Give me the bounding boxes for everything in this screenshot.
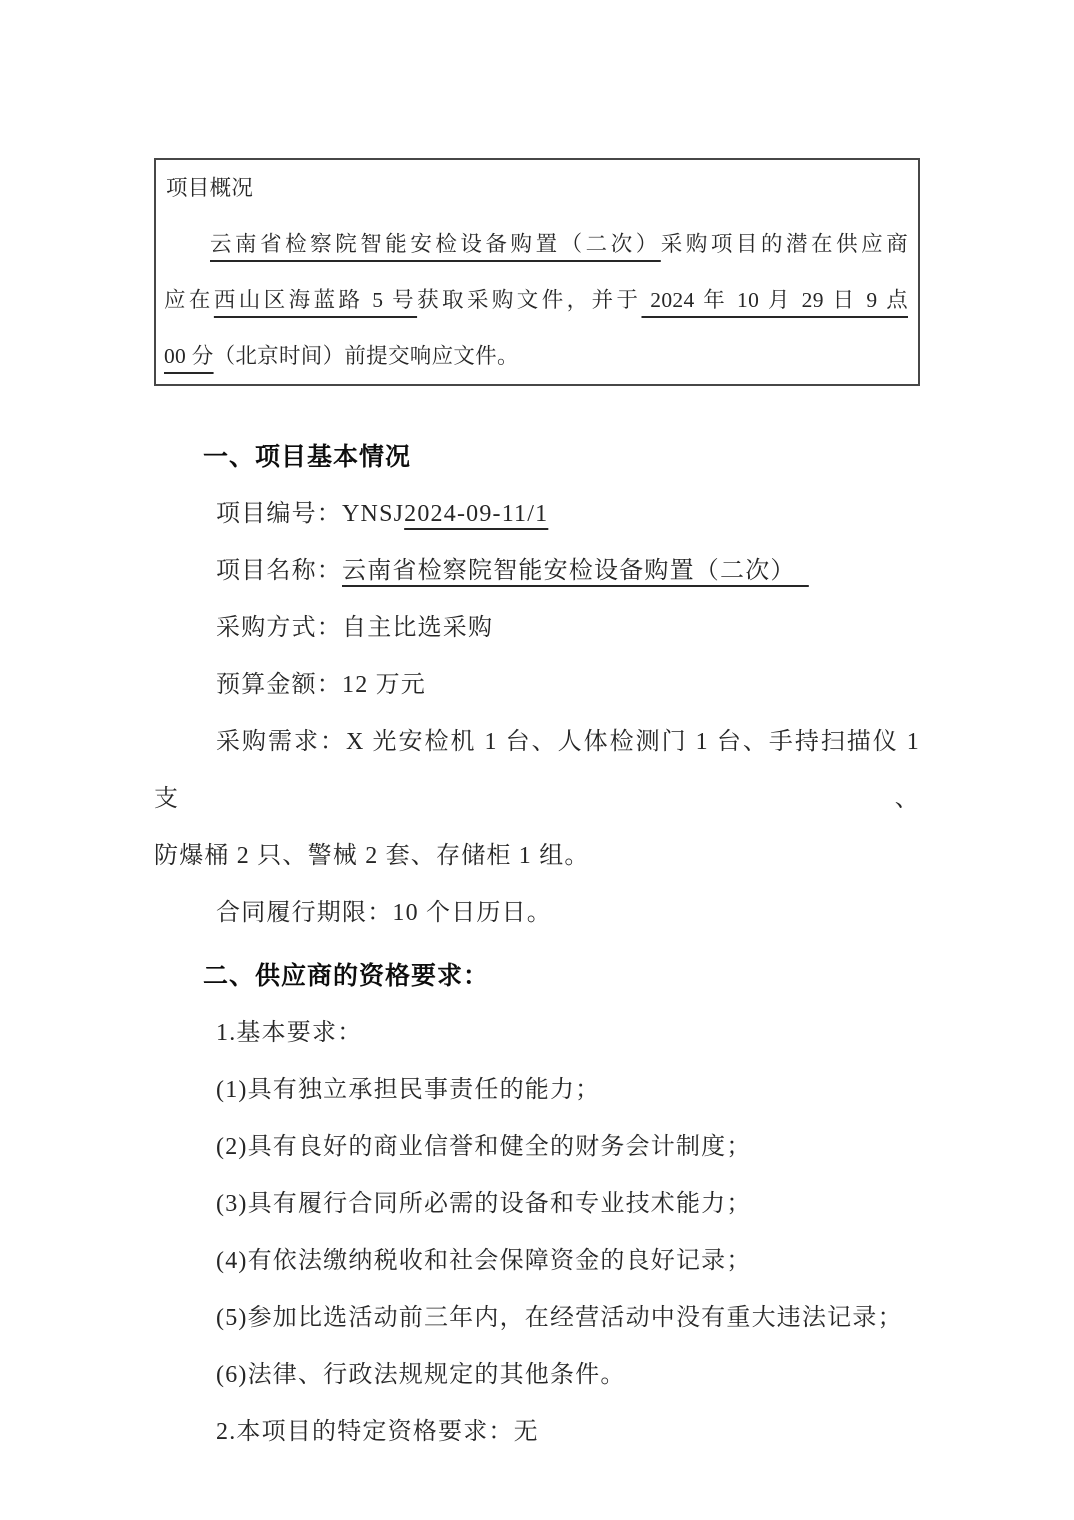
field-procurement-method: 采购方式：自主比选采购 [154,600,920,657]
section-basic-heading: 一、项目基本情况 [154,429,920,486]
overview-paragraph-line: 00 分（北京时间）前提交响应文件。 [164,328,908,384]
text-run: 合同履行期限：10 个日历日。 [216,900,552,926]
qualification-item: (1)具有独立承担民事责任的能力； [154,1062,920,1119]
underlined-text-run: 2024 年 10 月 29 日 9 点 [641,288,908,312]
section-qualification-heading: 二、供应商的资格要求： [154,948,920,1005]
field-line: 项目编号：YNSJ2024-09-11/1 [154,486,920,543]
underlined-text-run: 西山区海蓝路 5 号 [214,288,417,312]
qualification-item: (3)具有履行合同所必需的设备和专业技术能力； [154,1176,920,1233]
qualification-item: (5)参加比选活动前三年内，在经营活动中没有重大违法记录； [154,1290,920,1347]
project-overview-box: 项目概况 云南省检察院智能安检设备购置（二次）采购项目的潜在供应商应在西山区海蓝… [154,158,920,386]
procurement-announcement-page: 项目概况 云南省检察院智能安检设备购置（二次）采购项目的潜在供应商应在西山区海蓝… [0,0,1074,1520]
document-content: 项目概况 云南省检察院智能安检设备购置（二次）采购项目的潜在供应商应在西山区海蓝… [154,158,920,1461]
qualification-item: 2.本项目的特定资格要求：无 [154,1404,920,1461]
text-run: 项目名称： [216,558,342,584]
text-run: （北京时间）前提交响应文件。 [214,344,519,368]
text-run: 采购需求：X 光安检机 1 台、人体检测门 1 台、手持扫描仪 1 支、 [154,729,920,812]
text-run: 预算金额：12 万元 [216,672,426,698]
field-contract-period: 合同履行期限：10 个日历日。 [154,885,920,942]
field-line: 防爆桶 2 只、警械 2 套、存储柜 1 组。 [154,828,920,885]
qualification-item: (6)法律、行政法规规定的其他条件。 [154,1347,920,1404]
text-run: 项目编号：YNSJ [216,501,404,527]
qualification-item: 1.基本要求： [154,1005,920,1062]
field-line: 合同履行期限：10 个日历日。 [154,885,920,942]
field-project-number: 项目编号：YNSJ2024-09-11/1 [154,486,920,543]
qualification-item: (2)具有良好的商业信誉和健全的财务会计制度； [154,1119,920,1176]
field-line: 采购方式：自主比选采购 [154,600,920,657]
overview-box-title: 项目概况 [164,160,908,216]
text-run: 应在 [164,288,214,312]
section-basic-fields: 项目编号：YNSJ2024-09-11/1项目名称：云南省检察院智能安检设备购置… [154,486,920,942]
field-procurement-requirements: 采购需求：X 光安检机 1 台、人体检测门 1 台、手持扫描仪 1 支、防爆桶 … [154,714,920,885]
overview-paragraph: 云南省检察院智能安检设备购置（二次）采购项目的潜在供应商应在西山区海蓝路 5 号… [164,216,908,384]
text-run: 防爆桶 2 只、警械 2 套、存储柜 1 组。 [154,843,590,869]
section-qualification-items: 1.基本要求：(1)具有独立承担民事责任的能力；(2)具有良好的商业信誉和健全的… [154,1005,920,1461]
underlined-text-run: 云南省检察院智能安检设备购置（二次） [210,232,661,256]
text-run: 获取采购文件，并于 [417,288,641,312]
field-line: 预算金额：12 万元 [154,657,920,714]
qualification-item: (4)有依法缴纳税收和社会保障资金的良好记录； [154,1233,920,1290]
field-budget-amount: 预算金额：12 万元 [154,657,920,714]
field-line: 采购需求：X 光安检机 1 台、人体检测门 1 台、手持扫描仪 1 支、 [154,714,920,828]
underlined-text-run: 2024-09-11/1 [404,501,548,527]
text-run: 采购方式：自主比选采购 [216,615,493,641]
text-run: 采购项目的潜在供应商 [661,232,908,256]
overview-paragraph-line: 云南省检察院智能安检设备购置（二次）采购项目的潜在供应商 [164,216,908,272]
underlined-text-run: 云南省检察院智能安检设备购置（二次） [342,558,809,584]
underlined-text-run: 00 分 [164,344,214,368]
field-line: 项目名称：云南省检察院智能安检设备购置（二次） [154,543,920,600]
overview-paragraph-line: 应在西山区海蓝路 5 号获取采购文件，并于 2024 年 10 月 29 日 9… [164,272,908,328]
field-project-name: 项目名称：云南省检察院智能安检设备购置（二次） [154,543,920,600]
